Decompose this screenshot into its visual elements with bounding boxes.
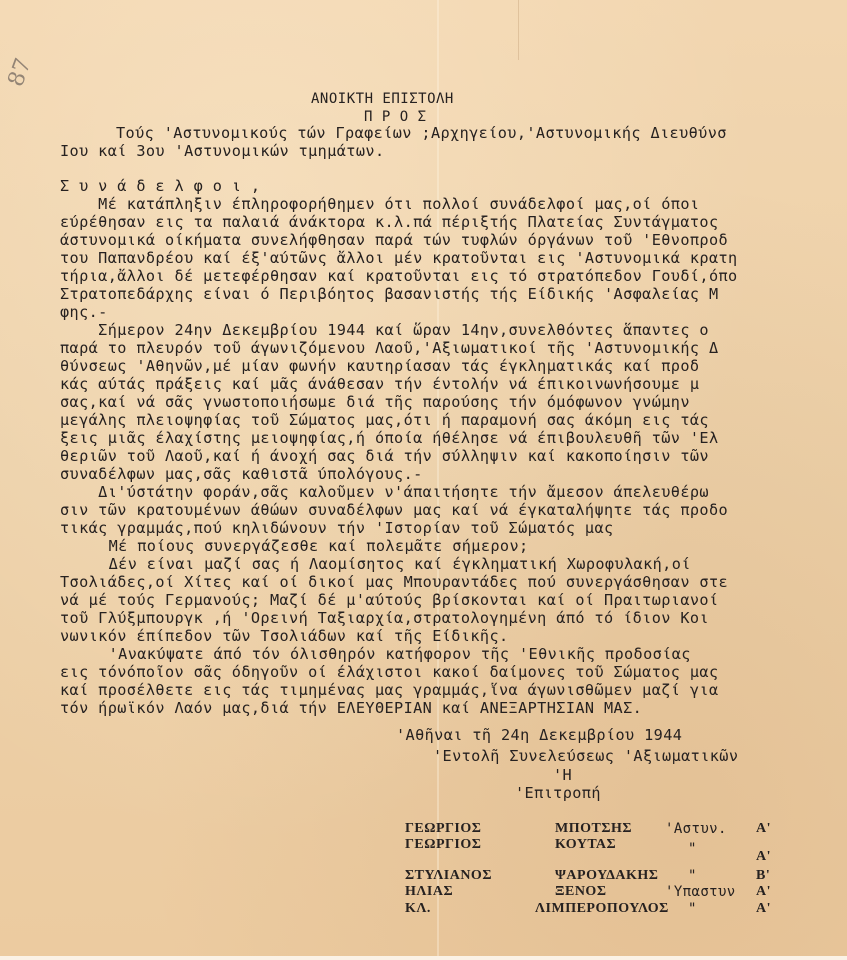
letter-title: ΑΝΟΙΚΤΗ ΕΠΙΣΤΟΛΗ bbox=[311, 90, 454, 108]
signatory-rank: 'Υπαστυν bbox=[665, 883, 736, 901]
signatory-grade: Α' bbox=[756, 900, 771, 918]
body-line: θεριῶν τοῦ Λαοῦ,καί ή άνοχή σας διά τήν … bbox=[60, 447, 709, 465]
body-line: νά μέ τούς Γερμανούς; Μαζί δέ μ'αύτούς β… bbox=[60, 591, 719, 609]
signatory-last-name: ΚΟΥΤΑΣ bbox=[555, 836, 616, 854]
committee-line: 'Επιτροπή bbox=[515, 784, 601, 802]
signatory-last-name: ΛΙΜΠΕΡΟΠΟΥΛΟΣ bbox=[535, 900, 669, 918]
signatory-rank: 'Αστυν. bbox=[665, 820, 727, 838]
body-line: Δέν είναι μαζί σας ή Λαομίσητος καί έγκλ… bbox=[80, 555, 691, 573]
signatory-last-name: ΞΕΝΟΣ bbox=[555, 883, 606, 901]
body-line: νωνικόν έπίπεδον τῶν Τσολιάδων καί τῆς Ε… bbox=[60, 627, 509, 645]
body-line: τήρια,ἄλλοι δέ μετεφέρθησαν καί κρατοῦντ… bbox=[60, 267, 738, 285]
letter-page: 87 ΑΝΟΙΚΤΗ ΕΠΙΣΤΟΛΗ Π Ρ Ο Σ Τούς 'Αστυνο… bbox=[0, 0, 847, 960]
signatory-grade: Α' bbox=[756, 848, 771, 866]
body-line: Δι'ύστάτην φοράν,σᾶς καλοῦμεν ν'άπαιτήση… bbox=[60, 483, 709, 501]
body-line: παρά το πλευρόν τοῦ άγωνιζόμενου Λαοῦ,'Α… bbox=[60, 339, 719, 357]
body-line: καί προσέλθετε εις τάς τιμημένας μας γρα… bbox=[60, 681, 719, 699]
signatory-rank: " bbox=[688, 840, 697, 858]
body-line: ξεις μιᾶς έλαχίστης μειοψηφίας,ή όποία ή… bbox=[60, 429, 719, 447]
body-line: τικάς γραμμάς,πού κηλιδώνουν τήν 'Ιστορί… bbox=[60, 519, 614, 537]
body-line: θύνσεως 'Αθηνῶν,μέ μίαν φωνήν καυτηρίασα… bbox=[60, 357, 699, 375]
body-line: φης.- bbox=[60, 303, 108, 321]
body-line: Μέ κατάπληξιν έπληροφορήθημεν ότι πολλοί… bbox=[60, 195, 699, 213]
addressee-line: Τούς 'Αστυνομικούς τών Γραφείων ;Αρχηγεί… bbox=[116, 124, 727, 142]
body-line: τοῦ Γλύξμπουργκ ,ή 'Ορεινή Ταξιαρχία,στρ… bbox=[60, 609, 709, 627]
body-line: Σήμερον 24ην Δεκεμβρίου 1944 καί ὥραν 14… bbox=[60, 321, 709, 339]
body-line: του Παπανδρέου καί έξ'αύτῶνς ἄλλοι μέν κ… bbox=[60, 249, 738, 267]
signatory-first-name: ΚΛ. bbox=[405, 900, 431, 918]
signatory-first-name: ΓΕΩΡΓΙΟΣ bbox=[405, 836, 481, 854]
signatory-grade: Α' bbox=[756, 820, 771, 838]
body-line: Τσολιάδες,οί Χίτες καί οί δικοί μας Μπου… bbox=[60, 573, 728, 591]
paper-bottom-edge bbox=[0, 956, 847, 960]
salutation: Σ υ ν ά δ ε λ φ ο ι , bbox=[60, 177, 260, 195]
signatory-rank: " bbox=[688, 900, 697, 918]
body-line: άστυνομικά οίκήματα συνελήφθησαν παρά τώ… bbox=[60, 231, 728, 249]
body-line: Στρατοπεδάρχης είναι ό Περιβόητος βασανι… bbox=[60, 285, 719, 303]
body-line: σας,καί νά σᾶς γνωστοποιήσωμε διά τῆς πα… bbox=[60, 393, 690, 411]
by-order-line: 'Εντολῆ Συνελεύσεως 'Αξιωματικῶν bbox=[433, 747, 738, 765]
body-line: Μέ ποίους συνεργάζεσθε καί πολεμᾶτε σήμε… bbox=[80, 537, 529, 555]
signatory-grade: Α' bbox=[756, 883, 771, 901]
handwritten-margin-note: 87 bbox=[3, 55, 36, 90]
body-line: τόν ήρωϊκόν Λαόν μας,διά τήν ΕΛΕΥΘΕΡΙΑΝ … bbox=[60, 699, 642, 717]
body-line: συναδέλφων μας,σᾶς καθιστᾶ ύπολόγους.- bbox=[60, 465, 423, 483]
body-line: εις τόνόποῖον σᾶς όδηγοῦν οί έλάχιστοι κ… bbox=[60, 663, 719, 681]
addressee-line: Ιου καί 3ου 'Αστυνομικών τμημάτων. bbox=[60, 142, 384, 160]
or-line: 'Η bbox=[553, 766, 572, 784]
body-line: μεγάλης πλειοψηφίας τοῦ Σώματος μας,ότι … bbox=[60, 411, 709, 429]
body-line: 'Ανακύψατε άπό τόν όλισθηρόν κατήφορον τ… bbox=[80, 645, 691, 663]
paper-crease bbox=[518, 0, 519, 60]
paper-fold bbox=[437, 0, 439, 960]
signatory-first-name: ΗΛΙΑΣ bbox=[405, 883, 453, 901]
body-line: κάς αύτάς πράξεις καί μᾶς άνάθεσαν τήν έ… bbox=[60, 375, 699, 393]
place-date: 'Αθῆναι τῆ 24η Δεκεμβρίου 1944 bbox=[396, 726, 682, 744]
body-line: εύρέθησαν εις τα παλαιά άνάκτορα κ.λ.πά … bbox=[60, 213, 719, 231]
body-line: σιν τῶν κρατουμένων άθώων συναδέλφων μας… bbox=[60, 501, 728, 519]
